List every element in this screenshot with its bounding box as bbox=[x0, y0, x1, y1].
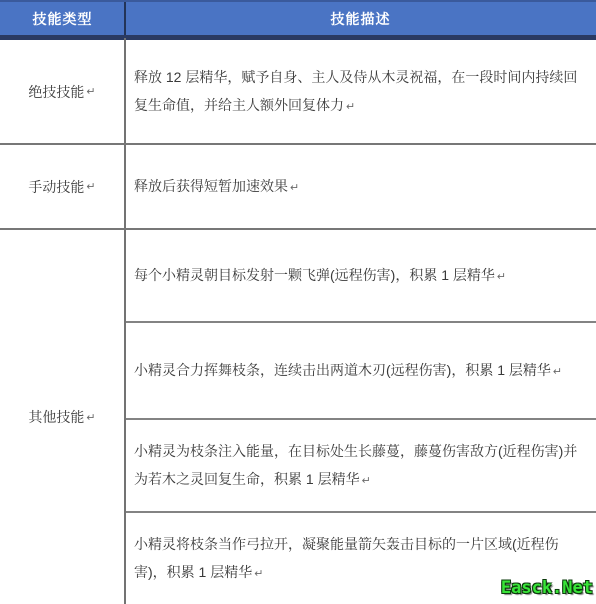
type-label: 绝技技能 bbox=[28, 82, 84, 102]
desc-cell-other-3: 小精灵为枝条注入能量，在目标处生长藤蔓，藤蔓伤害敌方(近程伤害)并为若木之灵回复… bbox=[126, 420, 596, 511]
desc-text: 小精灵为枝条注入能量，在目标处生长藤蔓，藤蔓伤害敌方(近程伤害)并为若木之灵回复… bbox=[134, 443, 577, 487]
desc-text: 释放 12 层精华，赋予自身、主人及侍从木灵祝福，在一段时间内持续回复生命值，并… bbox=[134, 69, 577, 113]
type-cell-ultimate: 绝技技能↵ bbox=[0, 40, 124, 143]
paragraph-mark: ↵ bbox=[553, 366, 562, 378]
desc-text: 小精灵将枝条当作弓拉开，凝聚能量箭矢轰击目标的一片区域(近程伤害)，积累 1 层… bbox=[134, 536, 559, 580]
paragraph-mark: ↵ bbox=[86, 411, 95, 424]
desc-cell-other-2: 小精灵合力挥舞枝条，连续击出两道木刃(远程伤害)，积累 1 层精华↵ bbox=[126, 323, 596, 418]
paragraph-mark: ↵ bbox=[497, 271, 506, 283]
type-cell-other: 其他技能↵ bbox=[0, 230, 124, 604]
desc-cell-other-1: 每个小精灵朝目标发射一颗飞弹(远程伤害)，积累 1 层精华↵ bbox=[126, 230, 596, 321]
paragraph-mark: ↵ bbox=[254, 568, 263, 580]
column-header-skill-type: 技能类型 bbox=[0, 2, 125, 35]
paragraph-mark: ↵ bbox=[290, 182, 299, 194]
type-label: 其他技能 bbox=[28, 407, 84, 427]
skill-table-page: 技能类型 技能描述 绝技技能↵ 释放 12 层精华，赋予自身、主人及侍从木灵祝福… bbox=[0, 0, 596, 604]
watermark-easck-net: Easck.Net bbox=[501, 578, 593, 598]
paragraph-mark: ↵ bbox=[86, 85, 95, 98]
paragraph-mark: ↵ bbox=[346, 101, 355, 113]
desc-cell-manual: 释放后获得短暂加速效果↵ bbox=[126, 145, 596, 228]
desc-text: 小精灵合力挥舞枝条，连续击出两道木刃(远程伤害)，积累 1 层精华 bbox=[134, 362, 551, 378]
desc-text: 每个小精灵朝目标发射一颗飞弹(远程伤害)，积累 1 层精华 bbox=[134, 267, 495, 283]
type-cell-manual: 手动技能↵ bbox=[0, 145, 124, 228]
table-header-row: 技能类型 技能描述 bbox=[0, 0, 596, 38]
type-label: 手动技能 bbox=[28, 177, 84, 197]
column-header-skill-desc: 技能描述 bbox=[125, 2, 596, 35]
desc-text: 释放后获得短暂加速效果 bbox=[134, 178, 288, 194]
paragraph-mark: ↵ bbox=[362, 475, 371, 487]
paragraph-mark: ↵ bbox=[86, 180, 95, 193]
desc-cell-ultimate: 释放 12 层精华，赋予自身、主人及侍从木灵祝福，在一段时间内持续回复生命值，并… bbox=[126, 40, 596, 143]
